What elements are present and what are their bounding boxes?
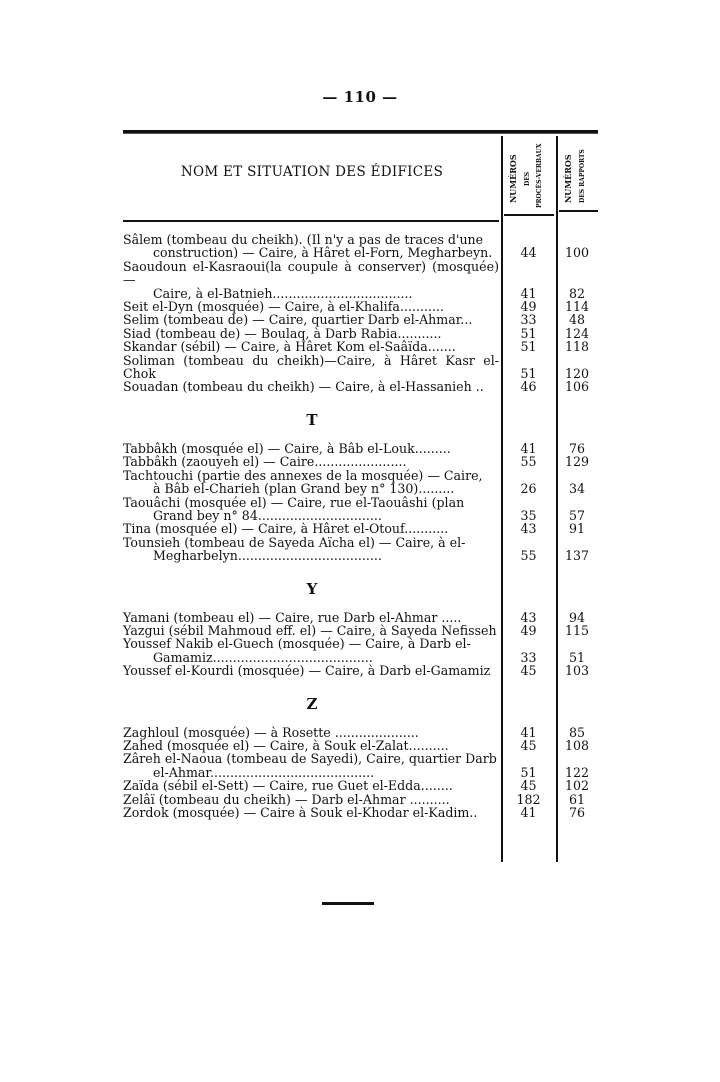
table-row: Siad (tombeau de) — Boulaq, à Darb Rabia…	[123, 327, 598, 340]
table-header: NOM ET SITUATION DES ÉDIFICES NUMÉROS DE…	[123, 136, 598, 216]
table-row: Skandar (sébil) — Caire, à Hâret Kom el-…	[123, 340, 598, 353]
table-row: Tabbâkh (zaouyeh el) — Caire............…	[123, 455, 598, 468]
table-row: Yazgui (sébil Mahmoud eff. el) — Caire, …	[123, 624, 598, 637]
table-row: Taouâchi (mosquée el) — Caire, rue el-Ta…	[123, 496, 598, 523]
table-row: Tabbâkh (mosquée el) — Caire, à Bâb el-L…	[123, 442, 598, 455]
table-row: Zahed (mosquée el) — Caire, à Souk el-Za…	[123, 739, 598, 752]
section-letter-t: T	[123, 394, 501, 442]
table-row: Selim (tombeau de) — Caire, quartier Dar…	[123, 313, 598, 326]
table-row: Yamani (tombeau el) — Caire, rue Darb el…	[123, 611, 598, 624]
header-title: NOM ET SITUATION DES ÉDIFICES	[123, 164, 501, 180]
section-letter-y: Y	[123, 563, 501, 611]
table-row: Zaïda (sébil el-Sett) — Caire, rue Guet …	[123, 779, 598, 792]
table-row: Tachtouchi (partie des annexes de la mos…	[123, 469, 598, 496]
table-row: Tina (mosquée el) — Caire, à Hâret el-Ot…	[123, 522, 598, 535]
table-row: Soliman (tombeau du cheikh)—Caire, à Hâr…	[123, 354, 598, 381]
section-letter-z: Z	[123, 678, 501, 726]
end-rule	[322, 902, 374, 905]
table-row: Seit el-Dyn (mosquée) — Caire, à el-Khal…	[123, 300, 598, 313]
col-label-proces-verbaux-sub1: DES	[523, 144, 532, 214]
table-row: Zâreh el-Naoua (tombeau de Sayedi), Cair…	[123, 752, 598, 779]
table-row: Sâlem (tombeau du cheikh). (Il n'y a pas…	[123, 233, 598, 260]
table-row: Saoudoun el-Kasraoui(la coupule à conser…	[123, 260, 598, 300]
column-divider	[501, 136, 503, 232]
table-body: Sâlem (tombeau du cheikh). (Il n'y a pas…	[123, 233, 598, 819]
table-row: Tounsieh (tombeau de Sayeda Aïcha el) — …	[123, 536, 598, 563]
table-row: Zordok (mosquée) — Caire à Souk el-Khoda…	[123, 806, 598, 819]
top-rule	[123, 130, 598, 134]
header-rule	[123, 220, 499, 222]
table-row: Souadan (tombeau du cheikh) — Caire, à e…	[123, 380, 598, 393]
header-rule	[559, 210, 598, 212]
table-row: Zelâï (tombeau du cheikh) — Darb el-Ahma…	[123, 793, 598, 806]
col-label-rapports-sub: DES RAPPORTS	[578, 136, 587, 216]
table-row: Zaghloul (mosquée) — à Rosette .........…	[123, 726, 598, 739]
header-rule	[504, 214, 554, 216]
column-divider	[556, 136, 558, 232]
col-label-rapports-main: NUMÉROS	[564, 144, 573, 214]
table-row: Youssef Nakib el-Guech (mosquée) — Caire…	[123, 637, 598, 664]
col-label-proces-verbaux-sub2: PROCÈS-VERBAUX	[535, 136, 544, 216]
page-number: — 110 —	[0, 88, 720, 106]
table-row: Youssef el-Kourdi (mosquée) — Caire, à D…	[123, 664, 598, 677]
col-label-proces-verbaux-main: NUMÉROS	[509, 144, 518, 214]
